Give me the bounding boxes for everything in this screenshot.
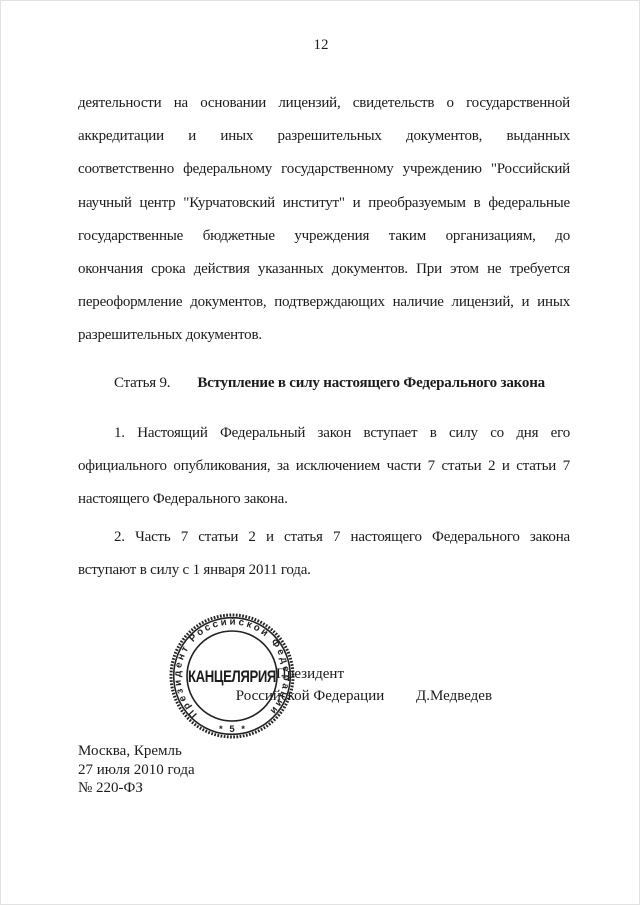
- article-heading: Статья 9.Вступление в силу настоящего Фе…: [78, 367, 570, 400]
- signature-name: Д.Медведев: [416, 685, 492, 707]
- body-line: окончания срока действия указанных докум…: [78, 253, 570, 286]
- footer-date: 27 июля 2010 года: [78, 761, 195, 780]
- footer-place: Москва, Кремль: [78, 742, 195, 761]
- document-page: 12 деятельности на основании лицензий, с…: [0, 0, 640, 905]
- body-line: переоформление документов, подтверждающи…: [78, 286, 570, 319]
- article-number: Статья 9.: [114, 375, 170, 391]
- body-line: аккредитации и иных разрешительных докум…: [78, 120, 570, 153]
- body-line: 1. Настоящий Федеральный закон вступает …: [78, 417, 570, 450]
- article-title: Вступление в силу настоящего Федеральног…: [197, 375, 545, 391]
- body-text: деятельности на основании лицензий, свид…: [78, 87, 570, 588]
- page-number: 12: [1, 37, 640, 54]
- stamp-center-text: КАНЦЕЛЯРИЯ: [188, 667, 276, 686]
- issuance-block: Москва, Кремль 27 июля 2010 года № 220-Ф…: [78, 742, 195, 798]
- body-line: официального опубликования, за исключени…: [78, 450, 570, 483]
- body-line: деятельности на основании лицензий, свид…: [78, 87, 570, 120]
- stamp-number-text: * 5 *: [219, 724, 247, 735]
- body-line: соответственно федеральному государствен…: [78, 153, 570, 186]
- body-line: 2. Часть 7 статьи 2 и статья 7 настоящег…: [78, 521, 570, 554]
- body-line: государственные бюджетные учреждения так…: [78, 220, 570, 253]
- chancellery-stamp-icon: Президент Российской Федерации КАНЦЕЛЯРИ…: [167, 611, 297, 741]
- footer-law-number: № 220-ФЗ: [78, 779, 195, 798]
- body-line: научный центр "Курчатовский институт" и …: [78, 187, 570, 220]
